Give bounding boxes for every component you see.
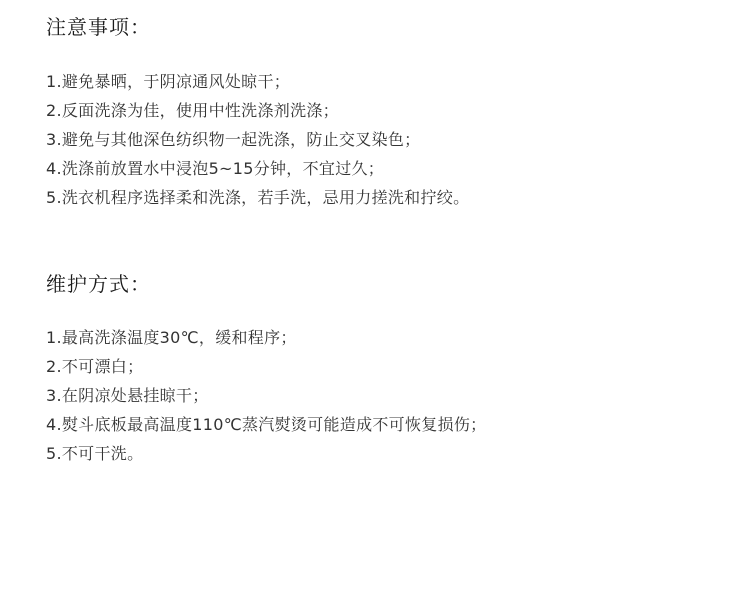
care-item: 5.不可干洗。	[46, 439, 486, 468]
care-item: 3.在阴凉处悬挂晾干；	[46, 381, 486, 410]
notes-item: 2.反面洗涤为佳，使用中性洗涤剂洗涤；	[46, 96, 469, 125]
notes-item: 3.避免与其他深色纺织物一起洗涤，防止交叉染色；	[46, 125, 469, 154]
care-item: 4.熨斗底板最高温度110℃蒸汽熨烫可能造成不可恢复损伤；	[46, 410, 486, 439]
notes-item: 1.避免暴晒，于阴凉通风处晾干；	[46, 67, 469, 96]
care-item: 1.最高洗涤温度30℃，缓和程序；	[46, 323, 486, 352]
care-section: 维护方式： 1.最高洗涤温度30℃，缓和程序； 2.不可漂白； 3.在阴凉处悬挂…	[46, 270, 486, 468]
notes-item: 4.洗涤前放置水中浸泡5~15分钟，不宜过久；	[46, 154, 469, 183]
care-list: 1.最高洗涤温度30℃，缓和程序； 2.不可漂白； 3.在阴凉处悬挂晾干； 4.…	[46, 323, 486, 468]
notes-title: 注意事项：	[46, 13, 469, 41]
notes-section: 注意事项： 1.避免暴晒，于阴凉通风处晾干； 2.反面洗涤为佳，使用中性洗涤剂洗…	[46, 13, 469, 212]
notes-list: 1.避免暴晒，于阴凉通风处晾干； 2.反面洗涤为佳，使用中性洗涤剂洗涤； 3.避…	[46, 67, 469, 212]
care-item: 2.不可漂白；	[46, 352, 486, 381]
care-title: 维护方式：	[46, 270, 486, 298]
notes-item: 5.洗衣机程序选择柔和洗涤，若手洗，忌用力搓洗和拧绞。	[46, 183, 469, 212]
